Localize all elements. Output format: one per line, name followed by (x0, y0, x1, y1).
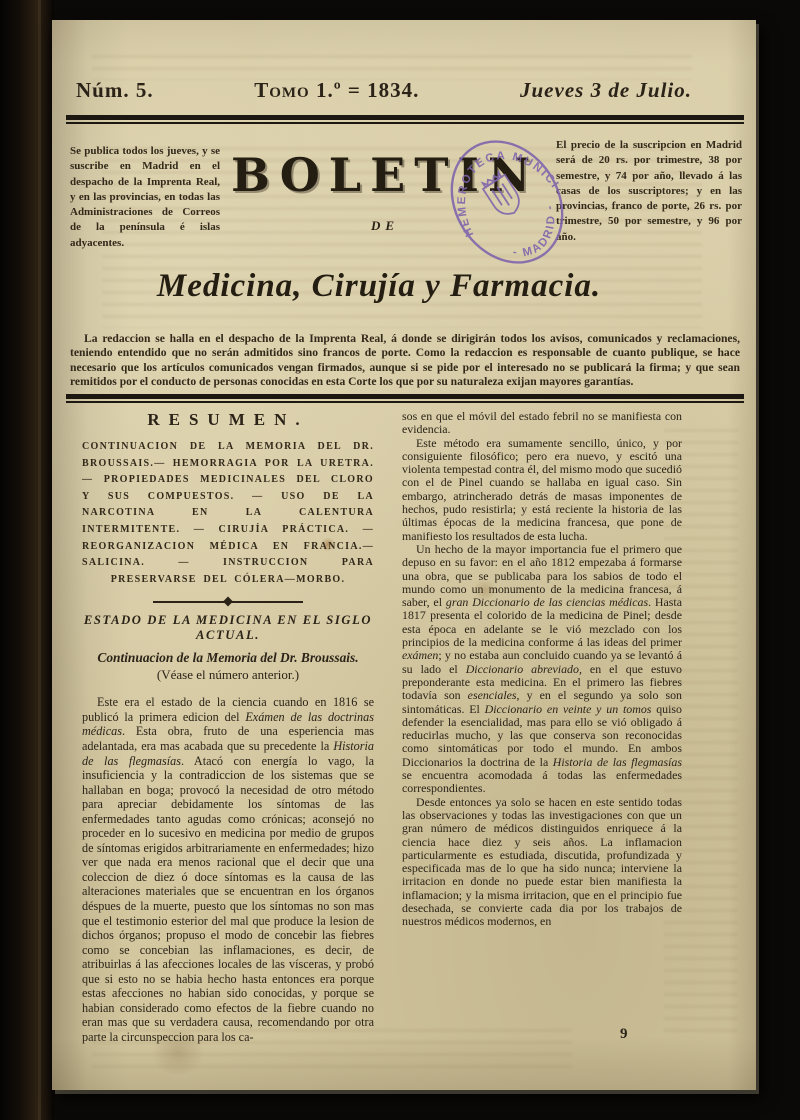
header-double-rule (66, 115, 744, 124)
article-paragraph: sos en que el móvil del estado febril no… (402, 410, 682, 437)
page-number: 9 (620, 1026, 628, 1043)
issue-date: Jueves 3 de Julio. (520, 78, 692, 103)
left-column: RESUMEN. CONTINUACION DE LA MEMORIA DEL … (82, 410, 374, 1044)
article-paragraph: Este era el estado de la ciencia cuando … (82, 695, 374, 1044)
book-binding-gutter (0, 0, 54, 1120)
publication-notice: Se publica todos los jueves, y se suscri… (70, 144, 220, 251)
article-subheading-note: (Véase el número anterior.) (82, 667, 374, 683)
redaction-notice: La redaccion se halla en el despacho de … (70, 332, 740, 390)
article-section-heading: ESTADO DE LA MEDICINA EN EL SIGLO ACTUAL… (82, 613, 374, 643)
showthrough-texture-top (92, 46, 692, 80)
newspaper-page: Núm. 5. Tomo 1.º = 1834. Jueves 3 de Jul… (52, 20, 756, 1090)
issue-number: Núm. 5. (76, 78, 154, 103)
article-paragraph: Un hecho de la mayor importancia fue el … (402, 543, 682, 796)
article-paragraph: Desde entonces ya solo se hacen en este … (402, 796, 682, 929)
photographed-book-page: { "header": { "num": "Núm. 5.", "tomo": … (0, 0, 800, 1120)
stamp-crest-icon (480, 171, 525, 220)
resumen-heading: RESUMEN. (82, 410, 374, 430)
right-column: sos en que el móvil del estado febril no… (402, 410, 682, 1044)
article-columns: RESUMEN. CONTINUACION DE LA MEMORIA DEL … (82, 410, 682, 1044)
article-subheading: Continuacion de la Memoria del Dr. Brous… (82, 650, 374, 666)
section-divider-ornament (153, 597, 303, 606)
article-paragraph: Este método era sumamente sencillo, únic… (402, 437, 682, 543)
section-double-rule (66, 394, 744, 403)
volume-year: Tomo 1.º = 1834. (254, 78, 419, 103)
page-header: Núm. 5. Tomo 1.º = 1834. Jueves 3 de Jul… (76, 78, 692, 103)
resumen-summary: CONTINUACION DE LA MEMORIA DEL DR. BROUS… (82, 439, 374, 588)
masthead-subtitle: Medicina, Cirujía y Farmacia. (82, 268, 676, 305)
